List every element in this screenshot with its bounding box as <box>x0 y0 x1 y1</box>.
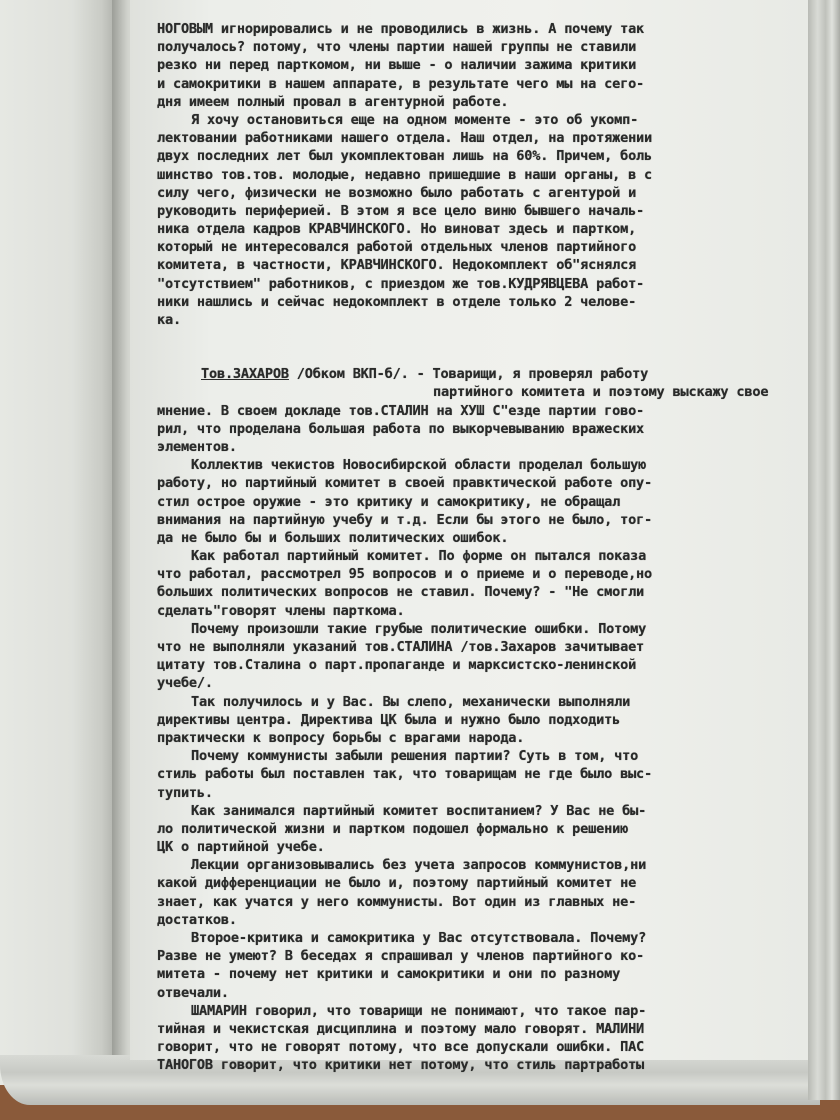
text-line: тупить. <box>157 784 797 802</box>
page-stack-right-edge <box>808 0 840 1100</box>
text-line: мнение. В своем докладе тов.СТАЛИН на ХУ… <box>157 402 797 420</box>
text-line: ники нашлись и сейчас недокомплект в отд… <box>157 293 797 311</box>
text-line: отвечали. <box>157 984 797 1002</box>
paragraph-first-line: Почему произошли такие грубые политическ… <box>157 620 797 638</box>
paragraph-first-line: Как занимался партийный комитет воспитан… <box>157 802 797 820</box>
text-line: руководить периферией. В этом я все цело… <box>157 202 797 220</box>
section-gap <box>157 329 797 365</box>
text-line: работу, но партийный комитет в своей пра… <box>157 474 797 492</box>
speaker-name: Тов.ЗАХАРОВ <box>201 366 289 382</box>
text-line: цитату тов.Сталина о парт.пропаганде и м… <box>157 656 797 674</box>
text-line: тийная и чекистская дисциплина и поэтому… <box>157 1020 797 1038</box>
text-line: НОГОВЫМ игнорировались и не проводились … <box>157 20 797 38</box>
facing-page-edge <box>0 0 120 1085</box>
text-line: митета - почему нет критики и самокритик… <box>157 965 797 983</box>
text-line: директивы центра. Директива ЦК была и ну… <box>157 711 797 729</box>
text-line: элементов. <box>157 438 797 456</box>
text-line: что не выполняли указаний тов.СТАЛИНА /т… <box>157 638 797 656</box>
text-line: дня имеем полный провал в агентурной раб… <box>157 93 797 111</box>
text-line: "отсутствием" работников, с приездом же … <box>157 275 797 293</box>
text-line: достатков. <box>157 911 797 929</box>
text-line: Разве не умеют? В беседах я спрашивал у … <box>157 947 797 965</box>
speaker-heading-line: Тов.ЗАХАРОВ /Обком ВКП-б/. - Товарищи, я… <box>157 365 797 383</box>
text-line: резко ни перед парткомом, ни выше - о на… <box>157 56 797 74</box>
paragraph-first-line: Второе-критика и самокритика у Вас отсут… <box>157 929 797 947</box>
text-line: практически к вопросу борьбы с врагами н… <box>157 729 797 747</box>
text-line: что работал, рассмотрел 95 вопросов и о … <box>157 565 797 583</box>
text-line: ка. <box>157 311 797 329</box>
paragraph-first-line: Я хочу остановиться еще на одном моменте… <box>157 111 797 129</box>
text-line: шинство тов.тов. молодые, недавно пришед… <box>157 166 797 184</box>
text-line: двух последних лет был укомплектован лиш… <box>157 147 797 165</box>
text-line: внимания на партийную учебу и т.д. Если … <box>157 511 797 529</box>
paragraph-first-line: Как работал партийный комитет. По форме … <box>157 547 797 565</box>
text-line: силу чего, физически не возможно было ра… <box>157 184 797 202</box>
text-line: какой дифференциации не было и, поэтому … <box>157 874 797 892</box>
text-line: стиль работы был поставлен так, что това… <box>157 765 797 783</box>
text-line: рил, что проделана большая работа по вык… <box>157 420 797 438</box>
text-line: учебе/. <box>157 674 797 692</box>
text-line: знает, как учатся у него коммунисты. Вот… <box>157 893 797 911</box>
text-line: комитета, в частности, КРАВЧИНСКОГО. Нед… <box>157 256 797 274</box>
text-line: сделать"говорят члены парткома. <box>157 602 797 620</box>
text-line: ника отдела кадров КРАВЧИНСКОГО. Но вино… <box>157 220 797 238</box>
paragraph-first-line: Почему коммунисты забыли решения партии?… <box>157 747 797 765</box>
text-line: говорит, что не говорят потому, что все … <box>157 1038 797 1056</box>
paragraph-first-line: Так получилось и у Вас. Вы слепо, механи… <box>157 693 797 711</box>
typed-text-body: НОГОВЫМ игнорировались и не проводились … <box>157 20 797 1075</box>
text-line: да не было бы и больших политических оши… <box>157 529 797 547</box>
text-line: ло политической жизни и партком подошел … <box>157 820 797 838</box>
text-line: ТАНОГОВ говорит, что критики нет потому,… <box>157 1056 797 1074</box>
paragraph-first-line: ШАМАРИН говорил, что товарищи не понимаю… <box>157 1002 797 1020</box>
text-line: стил острое оружие - это критику и самок… <box>157 493 797 511</box>
paragraph-first-line: Лекции организовывались без учета запрос… <box>157 856 797 874</box>
text-line: партийного комитета и поэтому выскажу св… <box>157 383 797 401</box>
text-line: получалось? потому, что члены партии наш… <box>157 38 797 56</box>
speaker-affiliation: /Обком ВКП-б/. - <box>289 366 433 382</box>
paragraph-first-line: Коллектив чекистов Новосибирской области… <box>157 456 797 474</box>
speech-opening: Товарищи, я проверял работу <box>433 366 649 382</box>
text-line: больших политических вопросов не ставил.… <box>157 583 797 601</box>
text-line: который не интересовался работой отдельн… <box>157 238 797 256</box>
text-line: и самокритики в нашем аппарате, в резуль… <box>157 75 797 93</box>
text-line: ЦК о партийной учебе. <box>157 838 797 856</box>
text-line: лектовании работниками нашего отдела. На… <box>157 129 797 147</box>
